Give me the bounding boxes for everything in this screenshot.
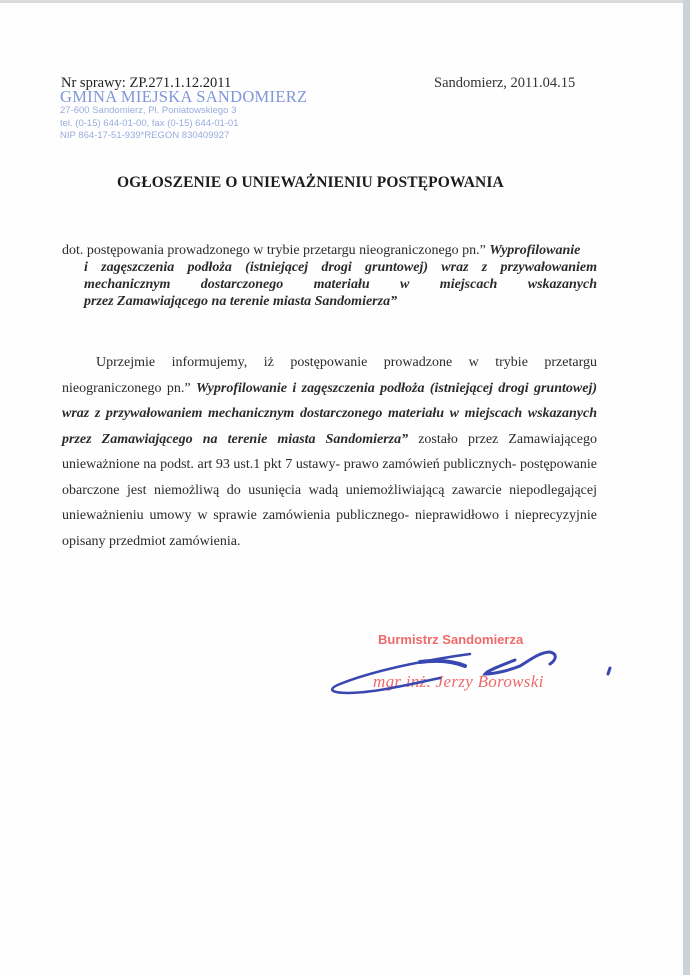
body-paragraph: Uprzejmie informujemy, iż postępowanie p… [62, 350, 597, 554]
stamp-address: 27-600 Sandomierz, Pl. Poniatowskiego 3 [60, 105, 307, 118]
stamp-ids: NIP 864-17-51-939*REGON 830409927 [60, 130, 307, 143]
office-stamp: GMINA MIEJSKA SANDOMIERZ 27-600 Sandomie… [60, 88, 307, 143]
body-text-2: zostało przez Zamawiającego unieważnione… [62, 432, 597, 549]
document-title: OGŁOSZENIE O UNIEWAŻNIENIU POSTĘPOWANIA [117, 174, 504, 192]
stamp-phone: tel. (0-15) 644-01-00, fax (0-15) 644-01… [60, 118, 307, 131]
handwritten-signature-icon [320, 640, 620, 700]
subject-line: mechanicznym dostarczonego materiału w m… [62, 276, 597, 293]
subject-intro-line: dot. postępowania prowadzonego w trybie … [62, 242, 597, 259]
subject-intro: dot. postępowania prowadzonego w trybie … [62, 243, 489, 258]
scan-right-edge [683, 0, 690, 975]
subject-line: i zagęszczenia podłoża (istniejącej drog… [62, 259, 597, 276]
stamp-office-name: GMINA MIEJSKA SANDOMIERZ [60, 88, 307, 105]
subject-block: dot. postępowania prowadzonego w trybie … [62, 242, 597, 310]
subject-intro-bold: Wyprofilowanie [489, 243, 580, 258]
scan-top-edge [0, 0, 690, 3]
subject-line: przez Zamawiającego na terenie miasta Sa… [62, 293, 597, 310]
document-page: Nr sprawy: ZP.271.1.12.2011 Sandomierz, … [0, 0, 683, 975]
place-date: Sandomierz, 2011.04.15 [434, 75, 575, 92]
